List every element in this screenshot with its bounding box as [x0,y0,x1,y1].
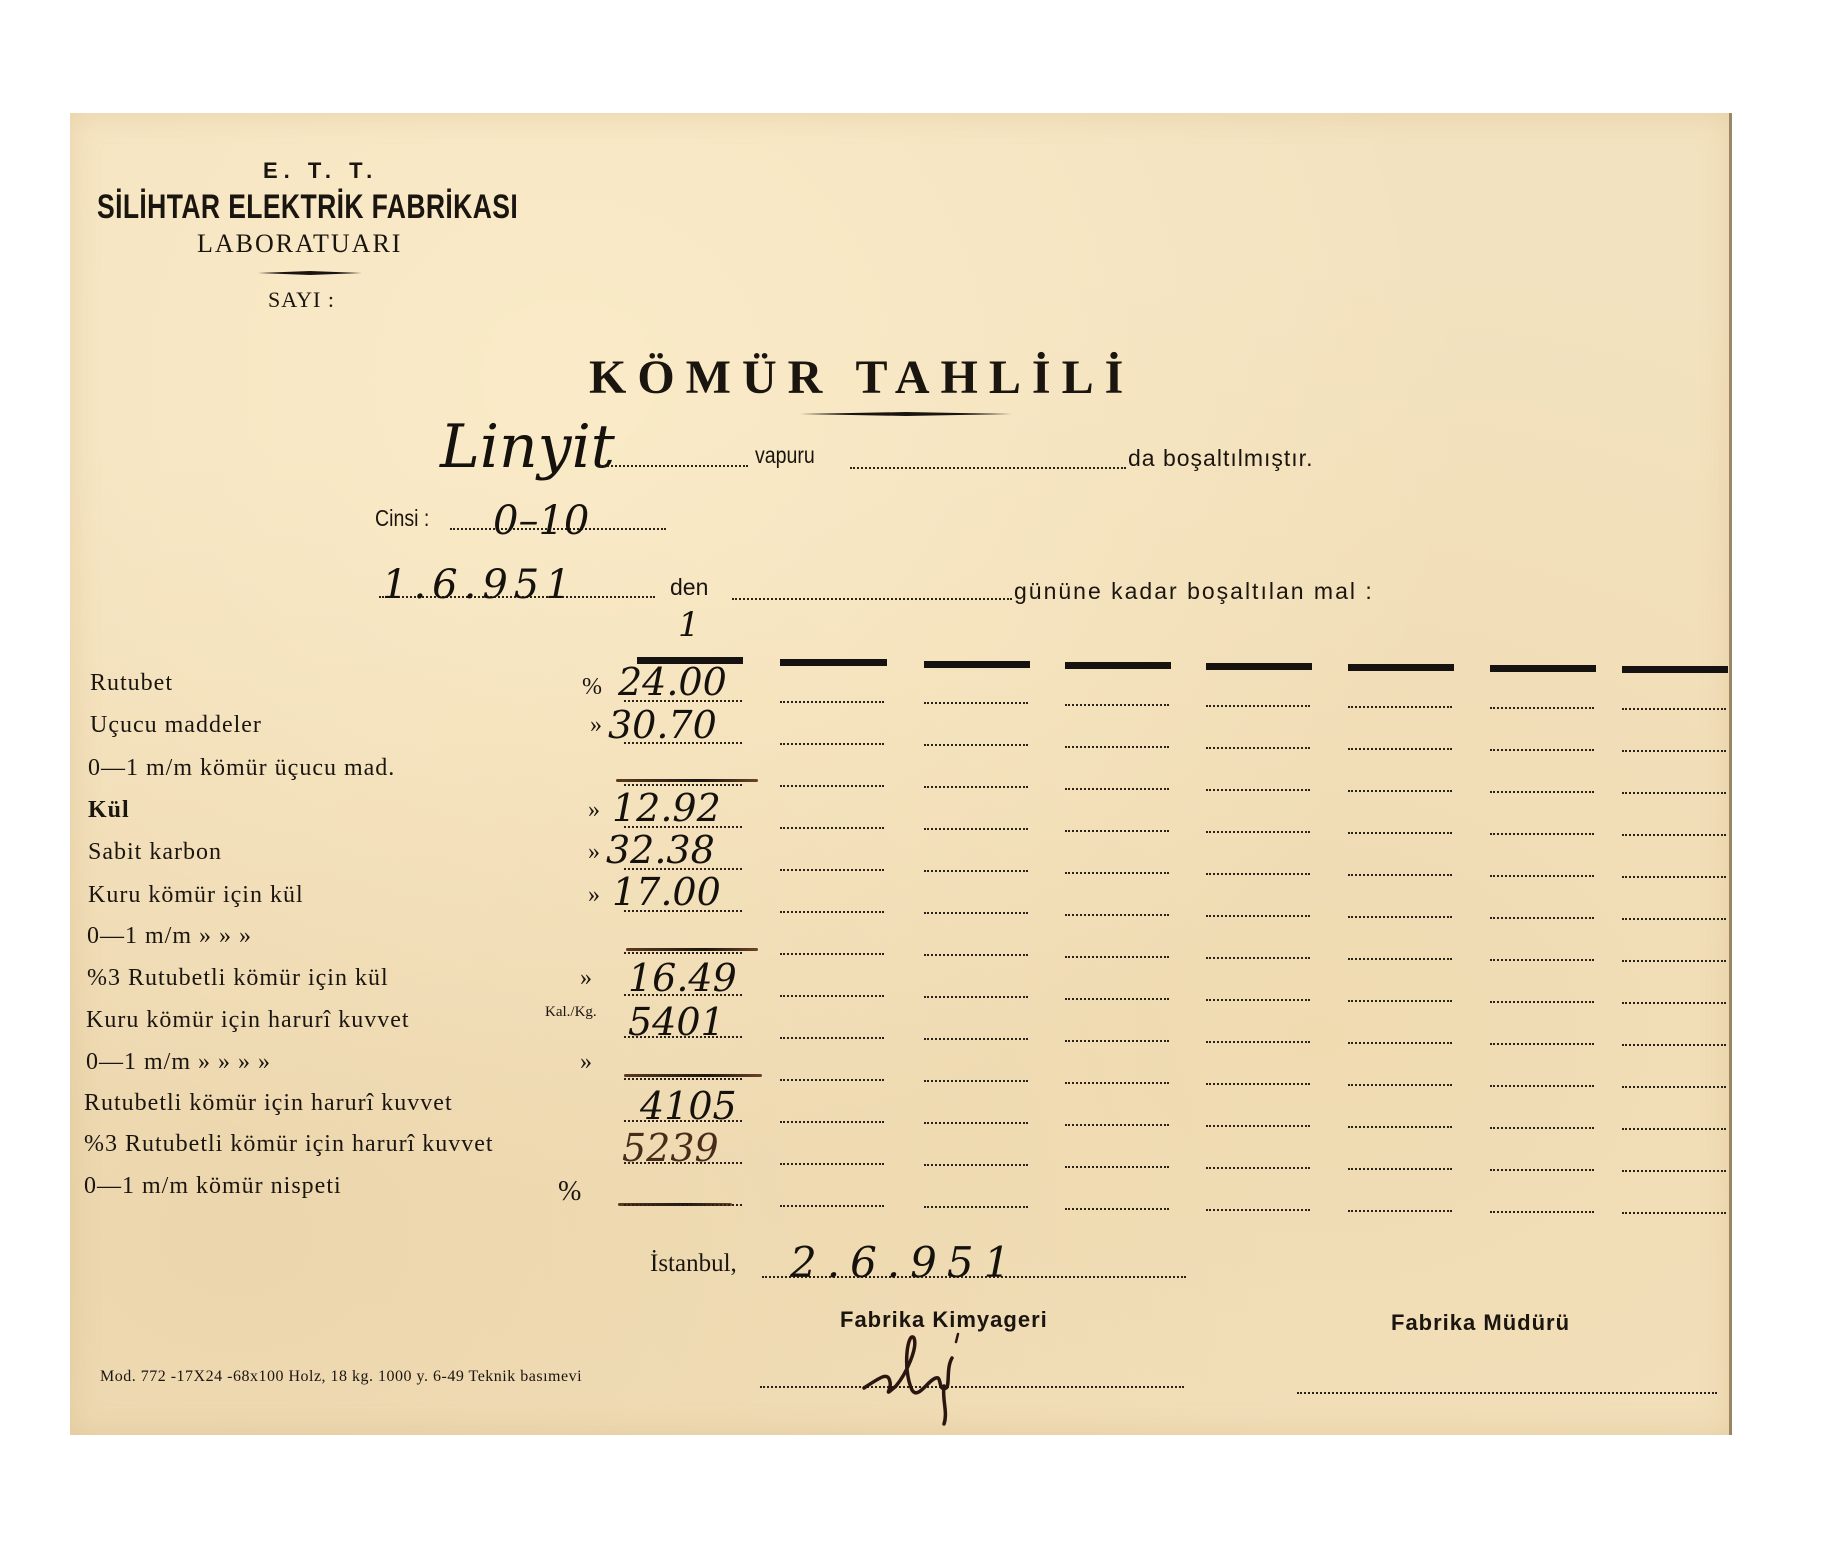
department-name: LABORATUARI [197,229,402,259]
entry-cell [1622,1086,1726,1088]
entry-cell [624,868,742,870]
entry-cell [1065,1040,1169,1042]
entry-cell [1348,1168,1452,1170]
entry-cell [780,1079,884,1081]
row-value: 12.92 [612,786,721,830]
entry-cell [780,1121,884,1123]
entry-cell [1622,1044,1726,1046]
org-name: SİLİHTAR ELEKTRİK FABRİKASI [97,188,518,227]
entry-cell [924,744,1028,746]
entry-cell [1206,873,1310,875]
entry-cell [1490,875,1594,877]
row-value: 30.70 [608,703,717,747]
page-title: KÖMÜR TAHLİLİ [589,350,1134,405]
row-label: Uçucu maddeler [90,712,262,739]
row-value: 24.00 [618,660,727,704]
entry-cell [1065,956,1169,958]
entry-cell [780,953,884,955]
entry-cell [924,1038,1028,1040]
entry-cell [780,785,884,787]
row-label: Rutubet [90,670,173,697]
cinsi-value: 0–10 [493,498,589,544]
chemist-signature [862,1328,982,1428]
entry-cell [624,1078,742,1080]
entry-cell [1348,1042,1452,1044]
entry-cell [924,1206,1028,1208]
coal-type-line [600,465,748,467]
column-header-6 [1348,664,1454,671]
entry-cell [1490,833,1594,835]
entry-cell [924,996,1028,998]
entry-cell [1065,1208,1169,1210]
discharged-label: da boşaltılmıştır. [1128,445,1313,472]
row-value: 32.38 [606,828,715,872]
cinsi-label: Cinsi : [375,505,429,532]
entry-cell [1065,1082,1169,1084]
row-label: Kül [88,797,130,824]
entry-cell [1348,1000,1452,1002]
entry-cell [1206,747,1310,749]
column-header-2 [780,659,887,666]
entry-cell [624,994,742,996]
row-label: 0—1 m/m » » » [87,923,252,950]
entry-cell [1206,789,1310,791]
entry-cell [1065,1124,1169,1126]
row-label: Sabit karbon [88,839,222,866]
entry-cell [1206,957,1310,959]
entry-cell [924,1122,1028,1124]
entry-cell [780,911,884,913]
entry-cell [1065,1166,1169,1168]
entry-cell [1065,746,1169,748]
entry-cell [1206,999,1310,1001]
entry-cell [1348,832,1452,834]
row-empty-stroke [626,948,758,951]
entry-cell [924,1080,1028,1082]
entry-cell [780,701,884,703]
entry-cell [624,784,742,786]
entry-cell [1622,1170,1726,1172]
entry-cell [1622,792,1726,794]
column-header-5 [1206,663,1312,670]
number-label: SAYI : [268,287,335,313]
row-label: 0—1 m/m kömür nispeti [84,1173,342,1200]
entry-cell [1490,1169,1594,1171]
column-number: 1 [678,605,700,645]
entry-cell [624,1120,742,1122]
row-unit: » [588,797,600,824]
entry-cell [624,1036,742,1038]
entry-cell [1348,874,1452,876]
row-label: 0—1 m/m kömür üçucu mad. [88,755,395,782]
entry-cell [1065,704,1169,706]
row-unit: % [558,1176,581,1208]
entry-cell [624,952,742,954]
entry-cell [1348,790,1452,792]
coal-type-value: Linyit [440,412,615,482]
org-abbreviation: E. T. T. [263,158,378,184]
row-unit: » [590,712,602,739]
row-label: %3 Rutubetli kömür için kül [87,965,389,992]
entry-cell [1622,834,1726,836]
row-unit: » [588,839,600,866]
entry-cell [780,1205,884,1207]
row-unit: Kal./Kg. [545,1004,597,1021]
date-to-line [732,598,1012,600]
entry-cell [1490,1085,1594,1087]
entry-cell [1206,1041,1310,1043]
entry-cell [780,1163,884,1165]
entry-cell [1622,1128,1726,1130]
entry-cell [780,827,884,829]
row-label: 0—1 m/m » » » » [86,1049,271,1076]
manager-signature-line [1297,1392,1717,1394]
entry-cell [1348,916,1452,918]
print-info: Mod. 772 -17X24 -68x100 Holz, 18 kg. 100… [100,1368,582,1386]
entry-cell [780,743,884,745]
entry-cell [624,1204,742,1206]
entry-cell [924,870,1028,872]
entry-cell [1348,706,1452,708]
entry-cell [924,786,1028,788]
entry-cell [1348,748,1452,750]
row-label: Rutubetli kömür için harurî kuvvet [84,1090,453,1117]
entry-cell [924,828,1028,830]
entry-cell [1065,872,1169,874]
entry-cell [1490,749,1594,751]
entry-cell [1348,1084,1452,1086]
until-label: gününe kadar boşaltılan mal : [1014,578,1374,605]
entry-cell [1065,998,1169,1000]
entry-cell [624,1162,742,1164]
column-header-8 [1622,666,1728,673]
entry-cell [1206,915,1310,917]
entry-cell [1206,1167,1310,1169]
entry-cell [924,1164,1028,1166]
row-unit: % [582,674,602,701]
entry-cell [1206,705,1310,707]
manager-label: Fabrika Müdürü [1391,1310,1570,1336]
row-label: Kuru kömür için kül [88,882,304,909]
place-label: İstanbul, [650,1250,737,1278]
row-empty-stroke [616,779,758,782]
entry-cell [1622,876,1726,878]
entry-cell [1065,914,1169,916]
row-unit: » [588,882,600,909]
entry-cell [1490,1127,1594,1129]
entry-cell [924,912,1028,914]
entry-cell [1348,1210,1452,1212]
entry-cell [1348,1126,1452,1128]
entry-cell [1348,958,1452,960]
entry-cell [1622,918,1726,920]
entry-cell [780,1037,884,1039]
entry-cell [924,954,1028,956]
entry-cell [1490,707,1594,709]
entry-cell [924,702,1028,704]
entry-cell [1622,750,1726,752]
entry-cell [1490,917,1594,919]
column-header-3 [924,661,1030,668]
entry-cell [1622,1212,1726,1214]
entry-cell [1490,1211,1594,1213]
entry-cell [624,826,742,828]
report-date-value: 2.6.951 [790,1238,1020,1287]
entry-cell [624,910,742,912]
column-header-7 [1490,665,1596,672]
entry-cell [1206,1209,1310,1211]
entry-cell [1065,788,1169,790]
entry-cell [1206,831,1310,833]
row-unit: » [580,1049,592,1076]
row-label: Kuru kömür için harurî kuvvet [86,1007,410,1034]
row-value: 17.00 [612,870,721,914]
entry-cell [1206,1125,1310,1127]
entry-cell [1206,1083,1310,1085]
entry-cell [1490,1001,1594,1003]
vapuru-line [850,467,1126,469]
den-label: den [670,574,708,601]
entry-cell [624,700,742,702]
entry-cell [1622,960,1726,962]
entry-cell [1622,708,1726,710]
entry-cell [1490,1043,1594,1045]
entry-cell [624,742,742,744]
row-empty-stroke [624,1074,762,1077]
date-from-value: 1.6.951 [382,562,577,608]
entry-cell [1490,791,1594,793]
row-label: %3 Rutubetli kömür için harurî kuvvet [84,1131,494,1158]
vapuru-label: vapuru [755,442,815,469]
entry-cell [780,869,884,871]
entry-cell [780,995,884,997]
entry-cell [1490,959,1594,961]
entry-cell [1622,1002,1726,1004]
column-header-4 [1065,662,1171,669]
row-unit: » [580,965,592,992]
entry-cell [1065,830,1169,832]
